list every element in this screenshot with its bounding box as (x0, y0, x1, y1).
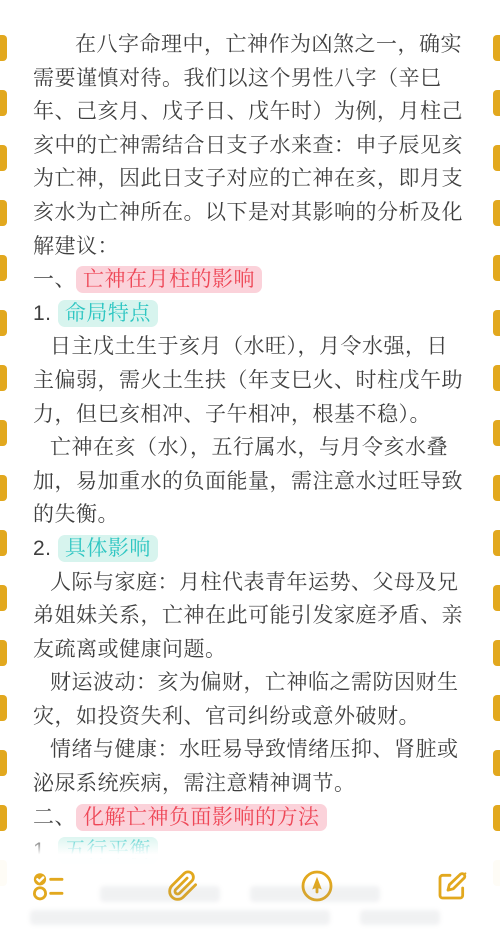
pen-button[interactable] (299, 868, 335, 904)
note-content: 在八字命理中，亡神作为凶煞之一，确实需要谨慎对待。我们以这个男性八字（辛巳年、己… (0, 0, 500, 868)
paragraph: 亡神在亥（水），五行属水，与月令亥水叠加，易加重水的负面能量，需注意水过旺导致的… (33, 431, 467, 532)
paragraph: 财运波动：亥为偏财，亡神临之需防因财生灾，如投资失利、官司纠纷或意外破财。 (33, 666, 467, 733)
compose-icon (436, 890, 468, 905)
paragraph: 日主戊土生于亥月（水旺），月令水强，日主偏弱，需火土生扶（年支巳火、时柱戊午助力… (33, 330, 467, 431)
paragraph: 人际与家庭：月柱代表青年运势、父母及兄弟姐妹关系，亡神在此可能引发家庭矛盾、亲友… (33, 566, 467, 667)
paragraph: 情绪与健康：水旺易导致情绪压抑、肾脏或泌尿系统疾病，需注意精神调节。 (33, 733, 467, 800)
highlighted-heading-text: 亡神在月柱的影响 (76, 266, 262, 293)
pen-icon (301, 890, 333, 905)
checklist-icon (32, 890, 64, 905)
highlighted-heading-text: 命局特点 (58, 300, 158, 327)
ghost-text-smudge (100, 886, 220, 902)
compose-button[interactable] (434, 868, 470, 904)
heading-number: 一、 (33, 268, 76, 291)
section-heading: 2. 具体影响 (33, 532, 467, 566)
bottom-toolbar (0, 858, 500, 934)
heading-number: 1. (33, 302, 58, 325)
section-heading: 一、亡神在月柱的影响 (33, 263, 467, 297)
highlighted-heading-text: 化解亡神负面影响的方法 (76, 804, 327, 831)
heading-number: 2. (33, 537, 58, 560)
paperclip-icon (167, 890, 199, 905)
highlighted-heading-text: 具体影响 (58, 535, 158, 562)
section-heading: 二、化解亡神负面影响的方法 (33, 801, 467, 835)
ghost-text-smudge (30, 910, 330, 925)
checklist-button[interactable] (30, 868, 66, 904)
section-heading: 1. 命局特点 (33, 297, 467, 331)
paragraph: 在八字命理中，亡神作为凶煞之一，确实需要谨慎对待。我们以这个男性八字（辛巳年、己… (33, 28, 467, 263)
ghost-text-smudge (360, 910, 440, 925)
note-page: 在八字命理中，亡神作为凶煞之一，确实需要谨慎对待。我们以这个男性八字（辛巳年、己… (0, 0, 500, 934)
attachment-button[interactable] (165, 868, 201, 904)
heading-number: 二、 (33, 806, 76, 829)
